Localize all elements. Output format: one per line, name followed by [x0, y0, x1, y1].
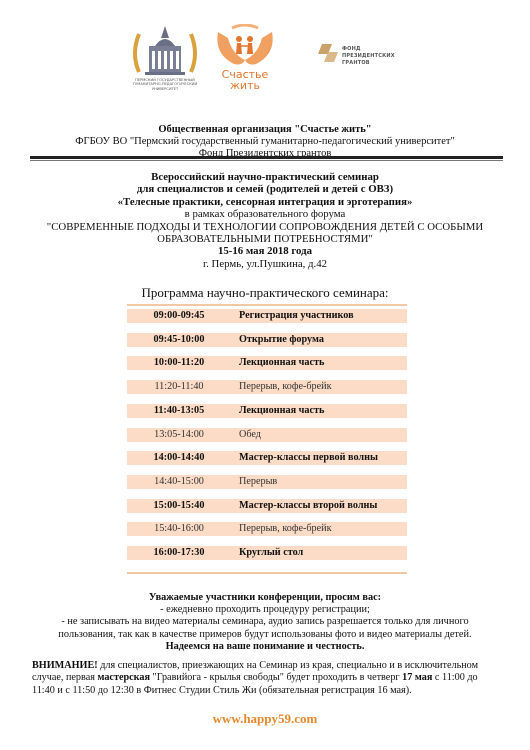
schedule-activity: Обед: [239, 428, 261, 442]
schedule-activity: Мастер-классы второй волны: [239, 499, 377, 513]
schedule-row: 09:45-10:00Открытие форума: [127, 333, 407, 347]
hands-children-icon: [212, 24, 278, 68]
notice-item-recording-line2: пользования, так как в качестве примеров…: [0, 629, 530, 641]
participants-notice: Уважаемые участники конференции, просим …: [0, 592, 530, 653]
seminar-topic: «Телесные практики, сенсорная интеграция…: [0, 196, 530, 208]
header-divider-thin: [30, 160, 503, 161]
schedule-row: 15:40-16:00Перерыв, кофе-брейк: [127, 522, 407, 536]
schedule-row: 15:00-15:40Мастер-классы второй волны: [127, 499, 407, 513]
schedule-time: 15:00-15:40: [127, 499, 231, 513]
happy-logo: Счастье жить: [212, 24, 278, 99]
schedule-time: 16:00-17:30: [127, 546, 231, 560]
schedule-time: 15:40-16:00: [127, 522, 231, 536]
schedule-activity: Лекционная часть: [239, 404, 324, 418]
schedule-row: 11:40-13:05Лекционная часть: [127, 404, 407, 418]
organizers-block: Общественная организация "Счастье жить" …: [0, 124, 530, 160]
seminar-dates: 15-16 мая 2018 года: [0, 245, 530, 257]
forum-name-line2: ОБРАЗОВАТЕЛЬНЫМИ ПОТРЕБНОСТЯМИ": [0, 233, 530, 245]
schedule-activity: Перерыв, кофе-брейк: [239, 522, 332, 536]
schedule-activity: Круглый стол: [239, 546, 303, 560]
program-title: Программа научно-практического семинара:: [0, 285, 530, 301]
university-logo-caption: Пермский государственный гуманитарно-пед…: [125, 78, 205, 91]
schedule-row: 14:40-15:00Перерыв: [127, 475, 407, 489]
schedule-activity: Открытие форума: [239, 333, 324, 347]
header-divider: [30, 156, 503, 159]
university-building-laurel-icon: [125, 24, 205, 79]
schedule-time: 10:00-11:20: [127, 356, 231, 370]
schedule-row: 13:05-14:00Обед: [127, 428, 407, 442]
schedule-time: 09:00-09:45: [127, 309, 231, 323]
schedule-activity: Лекционная часть: [239, 356, 324, 370]
schedule-time: 13:05-14:00: [127, 428, 231, 442]
schedule-row: 11:20-11:40Перерыв, кофе-брейк: [127, 380, 407, 394]
forum-name-line1: "СОВРЕМЕННЫЕ ПОДХОДЫ И ТЕХНОЛОГИИ СОПРОВ…: [0, 221, 530, 233]
university-logo: Пермский государственный гуманитарно-пед…: [125, 24, 205, 104]
fund-logo-caption: Фонд президентских грантов: [342, 46, 395, 67]
schedule-activity: Перерыв, кофе-брейк: [239, 380, 332, 394]
happy-logo-caption: Счастье жить: [212, 69, 278, 91]
notice-title: Уважаемые участники конференции, просим …: [0, 592, 530, 604]
attention-paragraph: ВНИМАНИЕ! для специалистов, приезжающих …: [32, 660, 502, 697]
schedule-top-line: [127, 304, 407, 306]
notice-item-registration: - ежедневно проходить процедуру регистра…: [0, 604, 530, 616]
schedule-bottom-line: [127, 572, 407, 574]
notice-item-recording-line1: - не записывать на видео материалы семин…: [0, 616, 530, 628]
website-link[interactable]: www.happy59.com: [0, 711, 530, 727]
seminar-audience: для специалистов и семей (родителей и де…: [0, 183, 530, 195]
schedule-row: 14:00-14:40Мастер-классы первой волны: [127, 451, 407, 465]
schedule-time: 11:20-11:40: [127, 380, 231, 394]
presidential-grants-fund-icon: [318, 44, 340, 66]
schedule-time: 14:00-14:40: [127, 451, 231, 465]
forum-intro: в рамках образовательного форума: [0, 208, 530, 220]
seminar-address: г. Пермь, ул.Пушкина, д.42: [0, 258, 530, 270]
schedule-time: 11:40-13:05: [127, 404, 231, 418]
attention-label: ВНИМАНИЕ!: [32, 660, 98, 671]
notice-closing: Надеемся на ваше понимание и честность.: [0, 641, 530, 653]
schedule-activity: Регистрация участников: [239, 309, 354, 323]
schedule-row: 09:00-09:45Регистрация участников: [127, 309, 407, 323]
university-name: ФГБОУ ВО "Пермский государственный гуман…: [0, 136, 530, 148]
schedule-activity: Перерыв: [239, 475, 277, 489]
schedule-row: 16:00-17:30Круглый стол: [127, 546, 407, 560]
schedule-row: 10:00-11:20Лекционная часть: [127, 356, 407, 370]
schedule-activity: Мастер-классы первой волны: [239, 451, 378, 465]
org-name: Общественная организация "Счастье жить": [0, 124, 530, 136]
logos-row: Пермский государственный гуманитарно-пед…: [0, 22, 530, 112]
schedule-time: 09:45-10:00: [127, 333, 231, 347]
schedule-time: 14:40-15:00: [127, 475, 231, 489]
seminar-info: Всероссийский научно-практический семина…: [0, 171, 530, 270]
fund-logo: Фонд президентских грантов: [318, 42, 428, 82]
seminar-title: Всероссийский научно-практический семина…: [0, 171, 530, 183]
